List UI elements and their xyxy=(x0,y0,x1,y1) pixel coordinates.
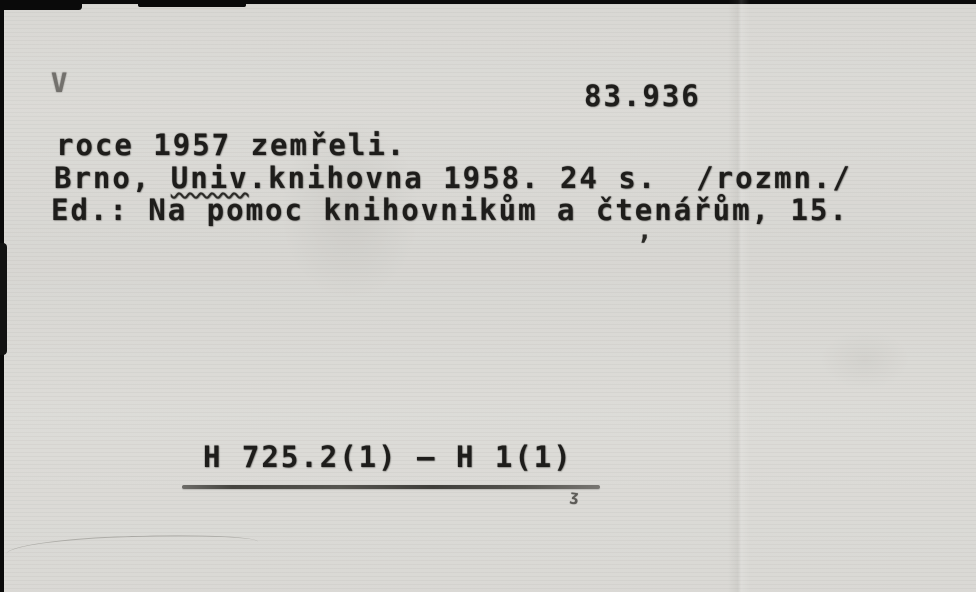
accession-number: 83.936 xyxy=(584,82,701,111)
scan-edge-top-segment xyxy=(138,0,246,7)
body-line-2-rest: .knihovna 1958. 24 s. /rozmn./ xyxy=(249,161,852,195)
paper-crease xyxy=(728,0,750,592)
pencil-scratch xyxy=(6,533,258,555)
body-line-2-prefix: Brno, xyxy=(54,161,171,195)
body-line-2-univ-wavy-underline: Univ xyxy=(171,161,249,195)
pencil-v-mark: V xyxy=(51,68,67,99)
body-line-2: Brno, Univ.knihovna 1958. 24 s. /rozmn./ xyxy=(54,164,852,193)
catalog-card-scan: V 83.936 roce 1957 zemřeli. Brno, Univ.k… xyxy=(0,0,976,592)
paper-smudge-2 xyxy=(820,330,910,390)
stray-apostrophe-mark: ’ xyxy=(636,231,652,261)
scan-edge-left-blob xyxy=(0,243,7,355)
body-line-1: roce 1957 zemřeli. xyxy=(56,131,406,160)
body-line-3: Ed.: Na pomoc knihovnikům a čtenářům, 15… xyxy=(51,196,849,225)
scan-edge-top-left-corner xyxy=(0,0,82,10)
call-number: H 725.2(1) – H 1(1) xyxy=(203,443,573,472)
underline-end-squiggle: ʒ xyxy=(569,486,580,505)
call-number-underline xyxy=(182,485,600,489)
